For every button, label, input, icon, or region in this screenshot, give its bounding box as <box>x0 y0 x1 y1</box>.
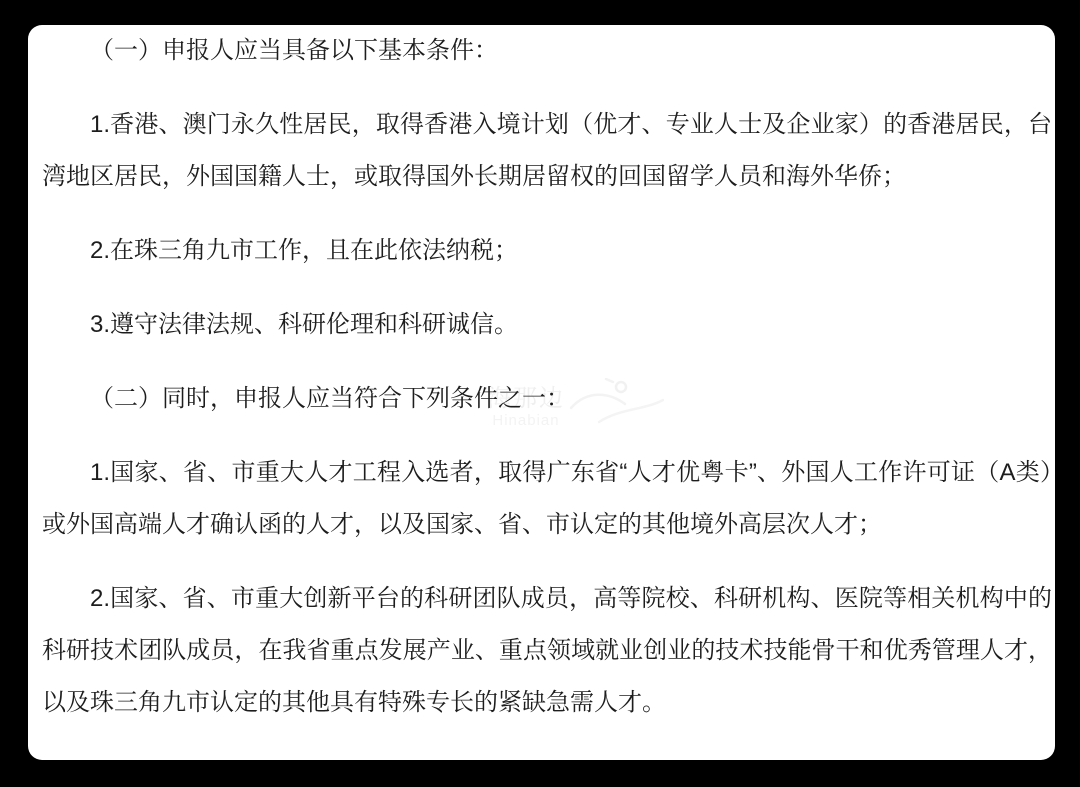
paragraph-basic-condition-1: 1.香港、澳门永久性居民，取得香港入境计划（优才、专业人士及企业家）的香港居民，… <box>42 99 1052 203</box>
paragraph-additional-condition-2: 2.国家、省、市重大创新平台的科研团队成员，高等院校、科研机构、医院等相关机构中… <box>42 573 1052 729</box>
document-card: 海那边 Hinabian （一）申报人应当具备以下基本条件： 1.香港、澳门永久… <box>28 25 1055 760</box>
paragraph-additional-condition-1: 1.国家、省、市重大人才工程入选者，取得广东省“人才优粤卡”、外国人工作许可证（… <box>42 447 1052 551</box>
screenshot-stage: 海那边 Hinabian （一）申报人应当具备以下基本条件： 1.香港、澳门永久… <box>0 0 1080 787</box>
paragraph-basic-condition-3: 3.遵守法律法规、科研伦理和科研诚信。 <box>42 299 1052 351</box>
paragraph-basic-condition-2: 2.在珠三角九市工作，且在此依法纳税； <box>42 225 1052 277</box>
paragraph-basic-conditions-heading: （一）申报人应当具备以下基本条件： <box>42 25 1052 77</box>
paragraph-additional-conditions-heading: （二）同时，申报人应当符合下列条件之一： <box>42 373 1052 425</box>
